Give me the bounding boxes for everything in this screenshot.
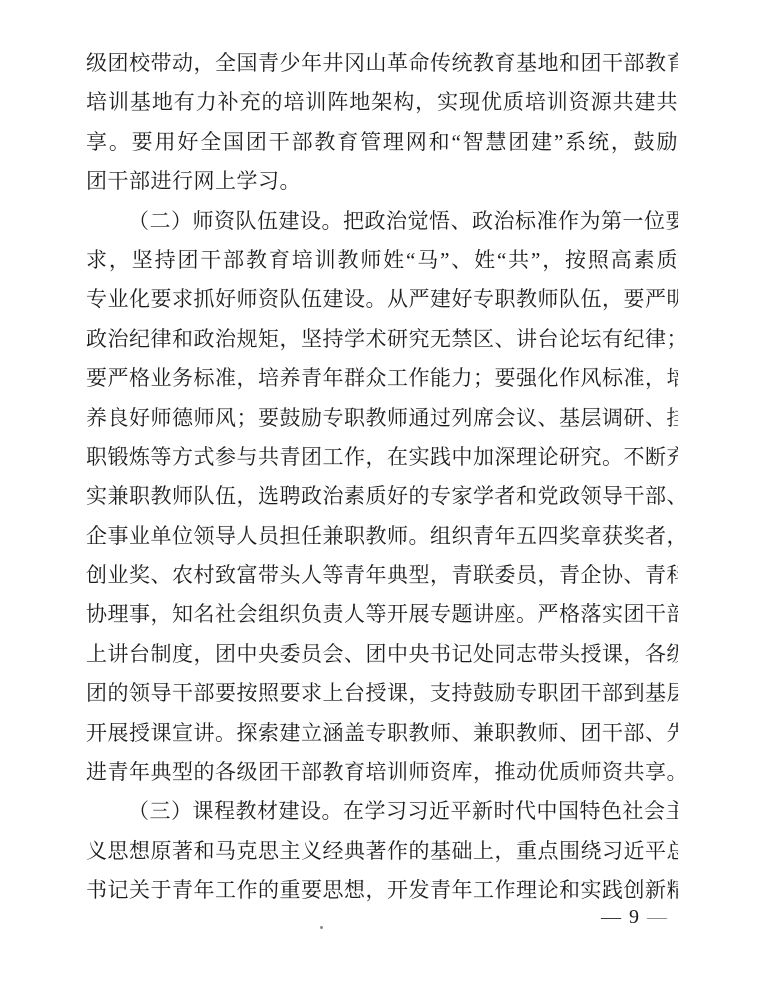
- text-line: 开展授课宣讲。探索建立涵盖专职教师、兼职教师、团干部、先: [86, 714, 678, 753]
- document-page: 级团校带动，全国青少年井冈山革命传统教育基地和团干部教育 培训基地有力补充的培训…: [0, 0, 765, 985]
- page-number: —9—: [592, 903, 676, 931]
- text-line: 养良好师德师风；要鼓励专职教师通过列席会议、基层调研、挂: [86, 399, 678, 438]
- text-line: 义思想原著和马克思主义经典著作的基础上，重点围绕习近平总: [86, 832, 678, 871]
- text-line: （二）师资队伍建设。把政治觉悟、政治标准作为第一位要: [86, 202, 678, 241]
- text-line: 要严格业务标准，培养青年群众工作能力；要强化作风标准，培: [86, 359, 678, 398]
- text-line: 团干部进行网上学习。: [86, 162, 678, 201]
- page-number-left-dash: —: [601, 906, 621, 928]
- text-line: 专业化要求抓好师资队伍建设。从严建好专职教师队伍，要严明: [86, 280, 678, 319]
- text-line: 协理事，知名社会组织负责人等开展专题讲座。严格落实团干部: [86, 595, 678, 634]
- text-line: 团的领导干部要按照要求上台授课，支持鼓励专职团干部到基层: [86, 674, 678, 713]
- text-line: 实兼职教师队伍，选聘政治素质好的专家学者和党政领导干部、: [86, 477, 678, 516]
- text-line: 职锻炼等方式参与共青团工作，在实践中加深理论研究。不断充: [86, 438, 678, 477]
- text-line: 享。要用好全国团干部教育管理网和“智慧团建”系统，鼓励: [86, 123, 678, 162]
- text-line: 书记关于青年工作的重要思想，开发青年工作理论和实践创新精: [86, 871, 678, 910]
- text-line: 企事业单位领导人员担任兼职教师。组织青年五四奖章获奖者，: [86, 517, 678, 556]
- page-number-value: 9: [621, 906, 647, 928]
- text-line: 政治纪律和政治规矩，坚持学术研究无禁区、讲台论坛有纪律；: [86, 320, 678, 359]
- text-line: 进青年典型的各级团干部教育培训师资库，推动优质师资共享。: [86, 753, 678, 792]
- text-line: 求，坚持团干部教育培训教师姓“马”、姓“共”，按照高素质: [86, 241, 678, 280]
- paragraph-training-bases: 级团校带动，全国青少年井冈山革命传统教育基地和团干部教育 培训基地有力补充的培训…: [86, 44, 678, 202]
- scan-artifact-dot: [320, 926, 323, 929]
- paragraph-curriculum-materials: （三）课程教材建设。在学习习近平新时代中国特色社会主 义思想原著和马克思主义经典…: [86, 792, 678, 910]
- paragraph-teacher-team-building: （二）师资队伍建设。把政治觉悟、政治标准作为第一位要 求，坚持团干部教育培训教师…: [86, 202, 678, 793]
- page-number-right-dash: —: [647, 906, 667, 928]
- document-body: 级团校带动，全国青少年井冈山革命传统教育基地和团干部教育 培训基地有力补充的培训…: [86, 44, 678, 911]
- text-line: （三）课程教材建设。在学习习近平新时代中国特色社会主: [86, 792, 678, 831]
- text-line: 培训基地有力补充的培训阵地架构，实现优质培训资源共建共: [86, 83, 678, 122]
- text-line: 创业奖、农村致富带头人等青年典型，青联委员，青企协、青科: [86, 556, 678, 595]
- text-line: 级团校带动，全国青少年井冈山革命传统教育基地和团干部教育: [86, 44, 678, 83]
- text-line: 上讲台制度，团中央委员会、团中央书记处同志带头授课，各级: [86, 635, 678, 674]
